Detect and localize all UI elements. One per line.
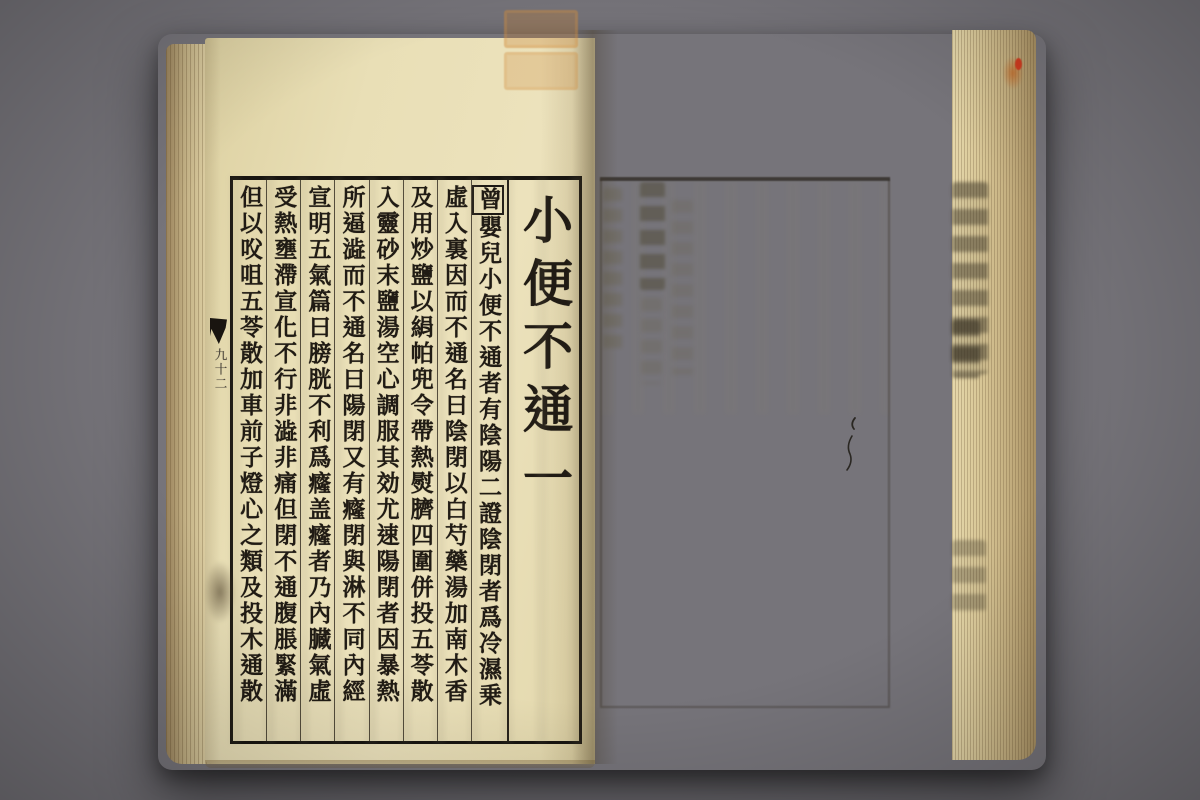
- column-text: 嬰兒小便不通者有陰陽二證陰閉者爲冷濕乗: [475, 215, 501, 709]
- column-text: 所逼澁而不通名曰陽閉又有癃閉與淋不同內經: [335, 185, 368, 741]
- column-text: 及用炒鹽以絹帕兜令帶熱熨臍四圍併投五苓散: [404, 185, 437, 741]
- column-text: 但以㕮咀五苓散加車前子燈心之類及投木通散: [233, 185, 266, 741]
- gutter-shadow: [572, 30, 618, 764]
- left-page-stack-edge: [166, 44, 210, 764]
- ink-smudge: [199, 550, 241, 634]
- column-text: 入靈砂末鹽湯空心調服其効尤速陽閉者因暴熱: [370, 185, 403, 741]
- column-text: 受熱壅滯宣化不行非澁非痛但閉不通腹脹緊滿: [267, 185, 300, 741]
- text-column-2: 虛入裏因而不通名曰陰閉以白芍藥湯加南木香: [437, 180, 471, 741]
- column-text: 宣明五氣篇曰膀胱不利爲癃盖癃者乃內臓氣虛: [301, 185, 334, 741]
- folio-label: 九十二: [209, 348, 229, 428]
- text-column-3: 及用炒鹽以絹帕兜令帶熱熨臍四圍併投五苓散: [403, 180, 437, 741]
- text-column-6: 宣明五氣篇曰膀胱不利爲癃盖癃者乃內臓氣虛: [300, 180, 334, 741]
- text-frame: 小便不通 一 曾嬰兒小便不通者有陰陽二證陰閉者爲冷濕乗 虛入裏因而不通名曰陰閉以…: [230, 176, 582, 744]
- column-text: 虛入裏因而不通名曰陰閉以白芍藥湯加南木香: [438, 185, 471, 741]
- bleedthrough-column: [641, 298, 662, 384]
- ink-squiggle: [835, 412, 875, 482]
- text-column-7: 受熱壅滯宣化不行非澁非痛但閉不通腹脹緊滿: [266, 180, 300, 741]
- text-column-1: 曾嬰兒小便不通者有陰陽二證陰閉者爲冷濕乗: [471, 180, 505, 741]
- fishtail-mark: [210, 318, 227, 344]
- edge-ink-smudge: [952, 320, 980, 378]
- text-column-8: 但以㕮咀五苓散加車前子燈心之類及投木通散: [233, 180, 266, 741]
- bleedthrough-column: [672, 200, 693, 375]
- right-page: [595, 30, 955, 758]
- red-stain: [1015, 58, 1022, 70]
- fore-edge-stack: [952, 30, 1036, 760]
- text-column-5: 所逼澁而不通名曰陽閉又有癃閉與淋不同內經: [334, 180, 368, 741]
- book-photo: 小便不通 一 曾嬰兒小便不通者有陰陽二證陰閉者爲冷濕乗 虛入裏因而不通名曰陰閉以…: [0, 0, 1200, 800]
- title-column: 小便不通 一: [507, 180, 579, 741]
- bleedthrough-column: [640, 182, 665, 290]
- text-column-4: 入靈砂末鹽湯空心調服其効尤速陽閉者因暴熱: [369, 180, 403, 741]
- column-head-char: 曾: [472, 185, 504, 215]
- left-page: 小便不通 一 曾嬰兒小便不通者有陰陽二證陰閉者爲冷濕乗 虛入裏因而不通名曰陰閉以…: [205, 38, 595, 764]
- text-columns: 曾嬰兒小便不通者有陰陽二證陰閉者爲冷濕乗 虛入裏因而不通名曰陰閉以白芍藥湯加南木…: [233, 180, 505, 741]
- edge-ink-smudge: [952, 540, 986, 612]
- bleedthrough-frame-top: [600, 177, 890, 181]
- section-marker: 一: [508, 452, 580, 515]
- orange-stain: [1000, 52, 1026, 94]
